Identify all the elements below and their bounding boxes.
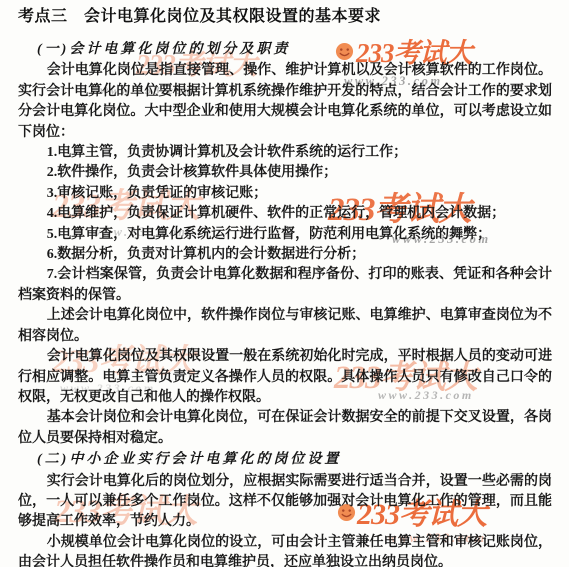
page-title: 考点三 会计电算化岗位及其权限设置的基本要求 bbox=[18, 6, 552, 27]
paragraph-cross-setting: 基本会计岗位和会计电算化岗位，可在保证会计数据安全的前提下交叉设置，各岗位人员要… bbox=[18, 408, 552, 449]
list-item-3: 3.审核记账，负责凭证的审核记账； bbox=[18, 184, 552, 204]
paragraph-merge-posts: 实行会计电算化后的岗位划分，应根据实际需要进行适当合并，设置一些必需的岗位，一人… bbox=[18, 472, 552, 533]
section1-heading: (一)会计电算化岗位的划分及职责 bbox=[18, 40, 552, 60]
section2-heading: (二)中小企业实行会计电算化的岗位设置 bbox=[18, 450, 552, 470]
list-item-7: 7.会计档案保管，负责会计电算化数据和程序备份、打印的账表、凭证和各种会计档案资… bbox=[18, 265, 552, 306]
document-content: 考点三 会计电算化岗位及其权限设置的基本要求 (一)会计电算化岗位的划分及职责 … bbox=[0, 0, 569, 567]
paragraph-small-units: 小规模单位会计电算化岗位的设立，可由会计主管兼任电算主管和审核记账岗位，由会计人… bbox=[18, 533, 552, 567]
document-page: 233考试大 www.233.com 233考试大 www.233.com 23… bbox=[0, 0, 569, 567]
paragraph-incompatible-posts: 上述会计电算化岗位中，软件操作岗位与审核记账、电算维护、电算审查岗位为不相容岗位… bbox=[18, 306, 552, 347]
list-item-5: 5.电算审查，对电算化系统运行进行监督，防范利用电算化系统的舞弊； bbox=[18, 225, 552, 245]
list-item-2: 2.软件操作，负责会计核算软件具体使用操作； bbox=[18, 163, 552, 183]
list-item-4: 4.电算维护，负责保证计算机硬件、软件的正常运行，管理机内会计数据； bbox=[18, 204, 552, 224]
paragraph-intro: 会计电算化岗位是指直接管理、操作、维护计算机以及会计核算软件的工作岗位。实行会计… bbox=[18, 61, 552, 143]
list-item-6: 6.数据分析，负责对计算机内的会计数据进行分析； bbox=[18, 245, 552, 265]
paragraph-permission-setup: 会计电算化岗位及其权限设置一般在系统初始化时完成，平时根据人员的变动可进行相应调… bbox=[18, 347, 552, 408]
list-item-1: 1.电算主管，负责协调计算机及会计软件系统的运行工作； bbox=[18, 143, 552, 163]
